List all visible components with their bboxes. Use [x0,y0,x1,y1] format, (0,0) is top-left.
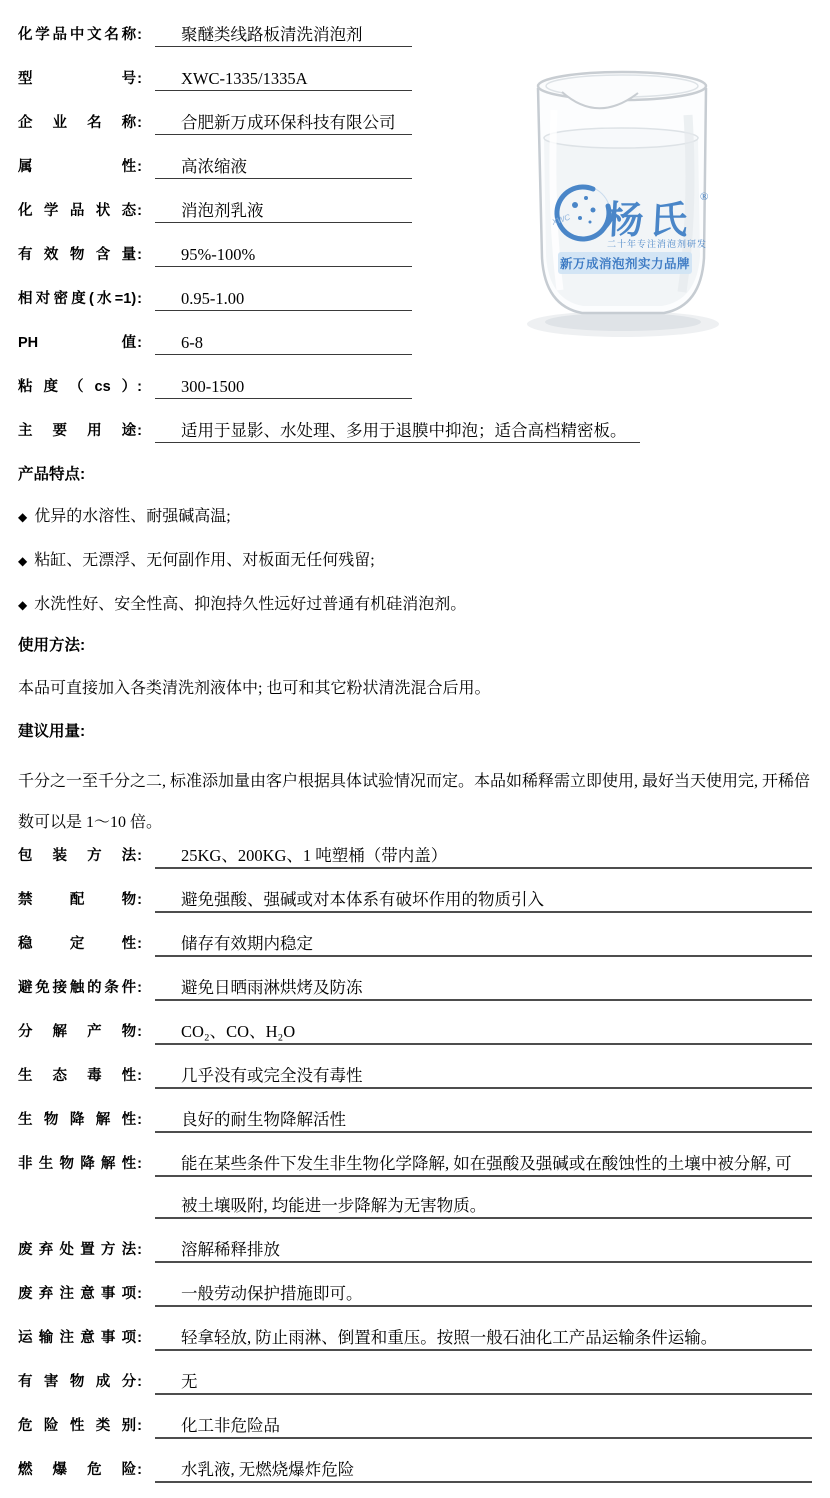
field-label: 废弃处置方法: [18,1239,142,1262]
liquid-surface [544,128,698,148]
field-label: 避免接触的条件: [18,977,142,1000]
field-value: 0.95-1.00 [155,288,412,311]
field-row: 运输注意事项:轻拿轻放, 防止雨淋、倒置和重压。按照一般石油化工产品运输条件运输… [18,1327,812,1351]
diamond-bullet-icon: ◆ [18,554,27,568]
field-label: 稳定性: [18,933,142,956]
beaker-image: XWC 杨氏 ® 二十年专注消泡剂研发 新万成消泡剂实力品牌 [520,40,730,340]
brand-banner-text: 新万成消泡剂实力品牌 [560,256,690,271]
field-label: 企业名称: [18,112,142,135]
field-label: 型号: [18,68,142,91]
registered-mark: ® [700,191,708,203]
field-label: 属性: [18,156,142,179]
field-label: 危险性类别: [18,1415,142,1438]
feature-text: 优异的水溶性、耐强碱高温; [34,508,230,525]
field-value: 适用于显影、水处理、多用于退膜中抑泡；适合高档精密板。 [155,420,640,443]
field-value: 聚醚类线路板清洗消泡剂 [155,24,412,47]
field-label: 粘度（cs）: [18,376,142,399]
field-value: CO₂、CO、H₂O [155,1021,812,1045]
field-label: 生态毒性: [18,1065,142,1088]
usage-body: 本品可直接加入各类清洗剂液体中; 也可和其它粉状清洗混合后用。 [18,678,812,700]
field-value: 轻拿轻放, 防止雨淋、倒置和重压。按照一般石油化工产品运输条件运输。 [155,1327,812,1351]
feature-bullet: ◆优异的水溶性、耐强碱高温; [18,506,812,528]
field-label: 包装方法: [18,845,142,868]
field-value: XWC-1335/1335A [155,68,412,91]
field-value: 化工非危险品 [155,1415,812,1439]
field-row: 危险性类别:化工非危险品 [18,1415,812,1439]
field-value: 300-1500 [155,376,412,399]
field-label: 生物降解性: [18,1109,142,1132]
field-label: 燃爆危险: [18,1459,142,1482]
field-label: 相对密度(水=1): [18,288,142,311]
field-label: 有效物含量: [18,244,142,267]
field-value: 溶解稀释排放 [155,1239,812,1263]
field-label: 运输注意事项: [18,1327,142,1350]
field-value: 能在某些条件下发生非生物化学降解, 如在强酸及强碱或在酸蚀性的土壤中被分解, 可 [155,1153,812,1177]
field-row: 废弃处置方法:溶解稀释排放 [18,1239,812,1263]
field-value: 避免日晒雨淋烘烤及防冻 [155,977,812,1001]
field-value: 储存有效期内稳定 [155,933,812,957]
field-value: 无 [155,1371,812,1395]
field-row: 非生物降解性:能在某些条件下发生非生物化学降解, 如在强酸及强碱或在酸蚀性的土壤… [18,1153,812,1219]
dosage-heading: 建议用量: [18,721,812,743]
field-value: 高浓缩液 [155,156,412,179]
field-value: 6-8 [155,332,412,355]
brand-slogan-text: 二十年专注消泡剂研发 [607,238,707,249]
field-label: 化学品状态: [18,200,142,223]
field-label: 非生物降解性: [18,1153,142,1176]
field-label: 分解产物: [18,1021,142,1044]
field-row: 分解产物:CO₂、CO、H₂O [18,1021,812,1045]
field-row: 废弃注意事项:一般劳动保护措施即可。 [18,1283,812,1307]
field-label: 化学品中文名称: [18,24,142,47]
field-value: 合肥新万成环保科技有限公司 [155,112,412,135]
bottom-fields-section: 包装方法:25KG、200KG、1 吨塑桶（带内盖）禁配物:避免强酸、强碱或对本… [18,845,812,1483]
field-row: 燃爆危险:水乳液, 无燃烧爆炸危险 [18,1459,812,1483]
beaker-shadow-core [545,313,701,331]
field-value: 25KG、200KG、1 吨塑桶（带内盖） [155,845,812,869]
diamond-bullet-icon: ◆ [18,598,27,612]
field-row: 避免接触的条件:避免日晒雨淋烘烤及防冻 [18,977,812,1001]
field-row: 稳定性:储存有效期内稳定 [18,933,812,957]
feature-text: 水洗性好、安全性高、抑泡持久性远好过普通有机硅消泡剂。 [34,596,466,613]
field-row: 生态毒性:几乎没有或完全没有毒性 [18,1065,812,1089]
field-label: 禁配物: [18,889,142,912]
feature-bullet: ◆水洗性好、安全性高、抑泡持久性远好过普通有机硅消泡剂。 [18,594,812,616]
field-label: 有害物成分: [18,1371,142,1394]
field-value: 95%-100% [155,244,412,267]
features-list: ◆优异的水溶性、耐强碱高温;◆粘缸、无漂浮、无何副作用、对板面无任何残留;◆水洗… [18,506,812,616]
usage-heading: 使用方法: [18,635,812,657]
field-row: 有害物成分:无 [18,1371,812,1395]
brand-name-text: 杨氏 [604,200,694,242]
dosage-body: 千分之一至千分之二, 标准添加量由客户根据具体试验情况而定。本品如稀释需立即使用… [18,761,812,843]
field-row: 主要用途:适用于显影、水处理、多用于退膜中抑泡；适合高档精密板。 [18,420,812,443]
field-value: 避免强酸、强碱或对本体系有破坏作用的物质引入 [155,889,812,913]
field-value: 消泡剂乳液 [155,200,412,223]
features-heading: 产品特点: [18,464,812,486]
field-value: 几乎没有或完全没有毒性 [155,1065,812,1089]
product-spec-document: 化学品中文名称:聚醚类线路板清洗消泡剂型号:XWC-1335/1335A企业名称… [0,0,830,1498]
field-value: 一般劳动保护措施即可。 [155,1283,812,1307]
field-row: 生物降解性:良好的耐生物降解活性 [18,1109,812,1133]
field-row: 粘度（cs）:300-1500 [18,376,812,399]
field-row: 禁配物:避免强酸、强碱或对本体系有破坏作用的物质引入 [18,889,812,913]
field-value: 良好的耐生物降解活性 [155,1109,812,1133]
field-label: PH值: [18,332,142,355]
field-value: 水乳液, 无燃烧爆炸危险 [155,1459,812,1483]
feature-bullet: ◆粘缸、无漂浮、无何副作用、对板面无任何残留; [18,550,812,572]
diamond-bullet-icon: ◆ [18,510,27,524]
product-photo: XWC 杨氏 ® 二十年专注消泡剂研发 新万成消泡剂实力品牌 [520,40,730,340]
field-label: 主要用途: [18,420,142,443]
feature-text: 粘缸、无漂浮、无何副作用、对板面无任何残留; [34,552,374,569]
field-value-continued: 被土壤吸附, 均能进一步降解为无害物质。 [155,1195,812,1219]
field-label: 废弃注意事项: [18,1283,142,1306]
field-row: 包装方法:25KG、200KG、1 吨塑桶（带内盖） [18,845,812,869]
